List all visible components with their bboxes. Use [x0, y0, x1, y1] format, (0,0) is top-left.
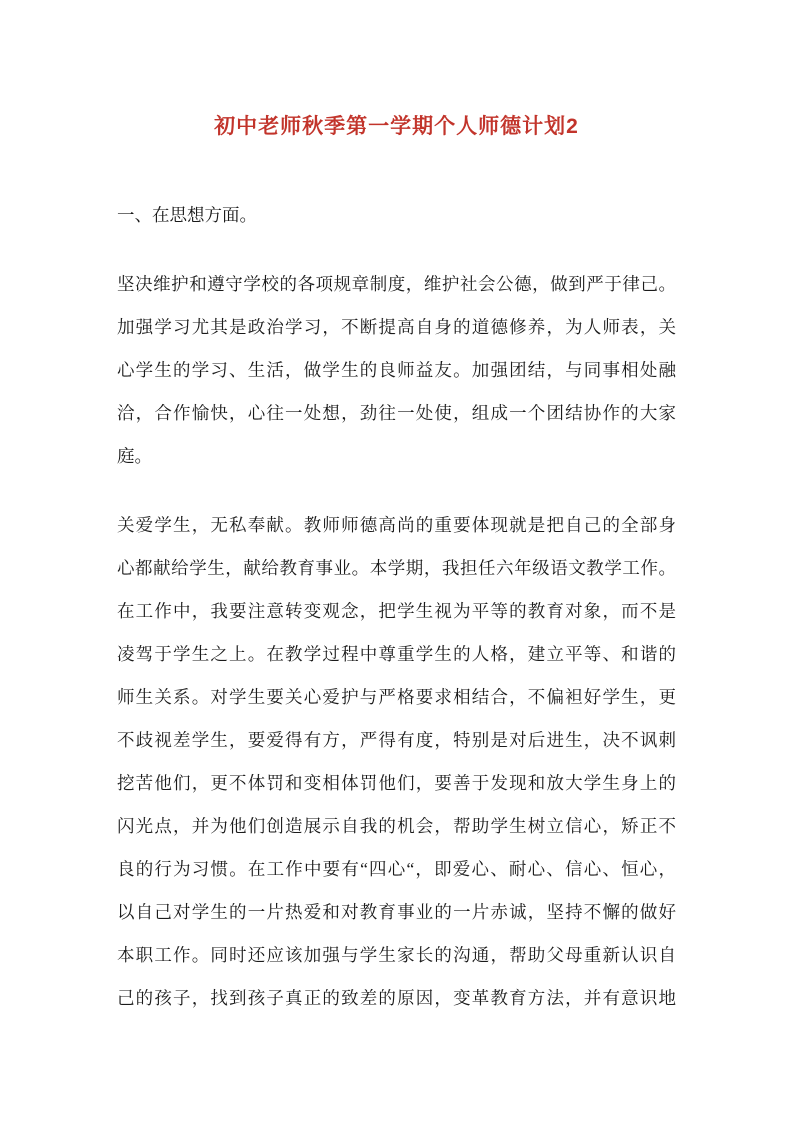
text-line: 心学生的学习、生活，做学生的良师益友。加强团结，与同事相处融	[117, 349, 676, 392]
paragraph: 一、在思想方面。	[117, 194, 676, 237]
text-line: 坚决维护和遵守学校的各项规章制度，维护社会公德，做到严于律己。	[117, 263, 676, 306]
text-line: 心都献给学生，献给教育事业。本学期，我担任六年级语文教学工作。	[117, 547, 676, 590]
text-line: 洽，合作愉快，心往一处想，劲往一处使，组成一个团结协作的大家	[117, 392, 676, 435]
document-title: 初中老师秋季第一学期个人师德计划2	[117, 112, 676, 142]
text-line: 闪光点，并为他们创造展示自我的机会，帮助学生树立信心，矫正不	[117, 805, 676, 848]
text-line: 本职工作。同时还应该加强与学生家长的沟通，帮助父母重新认识自	[117, 934, 676, 977]
text-line: 师生关系。对学生要关心爱护与严格要求相结合，不偏袒好学生，更	[117, 676, 676, 719]
text-line: 以自己对学生的一片热爱和对教育事业的一片赤诚，坚持不懈的做好	[117, 891, 676, 934]
paragraph: 坚决维护和遵守学校的各项规章制度，维护社会公德，做到严于律己。加强学习尤其是政治…	[117, 263, 676, 478]
text-line: 不歧视差学生，要爱得有方，严得有度，特别是对后进生，决不讽刺	[117, 719, 676, 762]
document-page: 初中老师秋季第一学期个人师德计划2 一、在思想方面。坚决维护和遵守学校的各项规章…	[0, 0, 793, 1122]
text-line: 在工作中，我要注意转变观念，把学生视为平等的教育对象，而不是	[117, 590, 676, 633]
text-line: 庭。	[117, 435, 676, 478]
text-line: 己的孩子，找到孩子真正的致差的原因，变革教育方法，并有意识地	[117, 977, 676, 1020]
text-line: 凌驾于学生之上。在教学过程中尊重学生的人格，建立平等、和谐的	[117, 633, 676, 676]
text-line: 良的行为习惯。在工作中要有“四心“，即爱心、耐心、信心、恒心，	[117, 848, 676, 891]
text-line: 关爱学生，无私奉献。教师师德高尚的重要体现就是把自己的全部身	[117, 504, 676, 547]
document-body: 一、在思想方面。坚决维护和遵守学校的各项规章制度，维护社会公德，做到严于律己。加…	[117, 194, 676, 1020]
paragraph: 关爱学生，无私奉献。教师师德高尚的重要体现就是把自己的全部身心都献给学生，献给教…	[117, 504, 676, 1020]
text-line: 一、在思想方面。	[117, 194, 676, 237]
text-line: 挖苦他们，更不体罚和变相体罚他们，要善于发现和放大学生身上的	[117, 762, 676, 805]
text-line: 加强学习尤其是政治学习，不断提高自身的道德修养，为人师表，关	[117, 306, 676, 349]
